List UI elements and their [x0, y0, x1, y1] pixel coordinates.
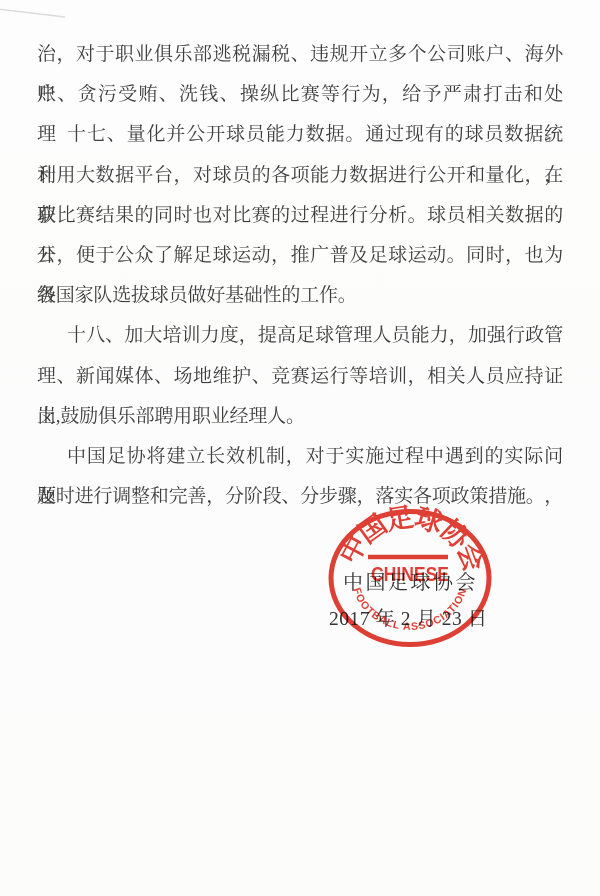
body-line: 开，便于公众了解足球运动，推广普及足球运动。同时，也为各: [37, 236, 563, 276]
body-line: 户、贪污受贿、洗钱、操纵比赛等行为，给予严肃打击和处理。: [37, 75, 563, 115]
body-line: 级国家队选拔球员做好基础性的工作。: [37, 276, 563, 316]
body-line: 十七、量化并公开球员能力数据。通过现有的球员数据统计，: [37, 115, 563, 155]
document-body: 治，对于职业俱乐部逃税漏税、违规开立多个公司账户、海外账 户、贪污受贿、洗钱、操…: [37, 35, 563, 517]
official-seal-stamp: 中 国 足 球 协 会 CHINESE FOOTBALL ASSOCIATION: [324, 504, 496, 652]
body-line: 中国足协将建立长效机制，对于实施过程中遇到的实际问题，: [37, 437, 563, 477]
body-line: 取比赛结果的同时也对比赛的过程进行分析。球员相关数据的公: [37, 196, 563, 236]
body-line: 利用大数据平台，对球员的各项能力数据进行公开和量化，在获: [37, 156, 563, 196]
body-line: 治，对于职业俱乐部逃税漏税、违规开立多个公司账户、海外账: [37, 35, 563, 75]
body-line: 岗,鼓励俱乐部聘用职业经理人。: [37, 397, 563, 437]
scan-crease-artifact: [0, 4, 69, 20]
body-line: 十八、加大培训力度，提高足球管理人员能力，加强行政管: [37, 316, 563, 356]
body-line: 理、新闻媒体、场地维护、竞赛运行等培训，相关人员应持证上: [37, 357, 563, 397]
seal-arc-bottom-text: FOOTBALL ASSOCIATION: [350, 586, 469, 633]
seal-center-text: CHINESE: [371, 564, 449, 586]
scanned-document-page: 治，对于职业俱乐部逃税漏税、违规开立多个公司账户、海外账 户、贪污受贿、洗钱、操…: [0, 0, 600, 896]
